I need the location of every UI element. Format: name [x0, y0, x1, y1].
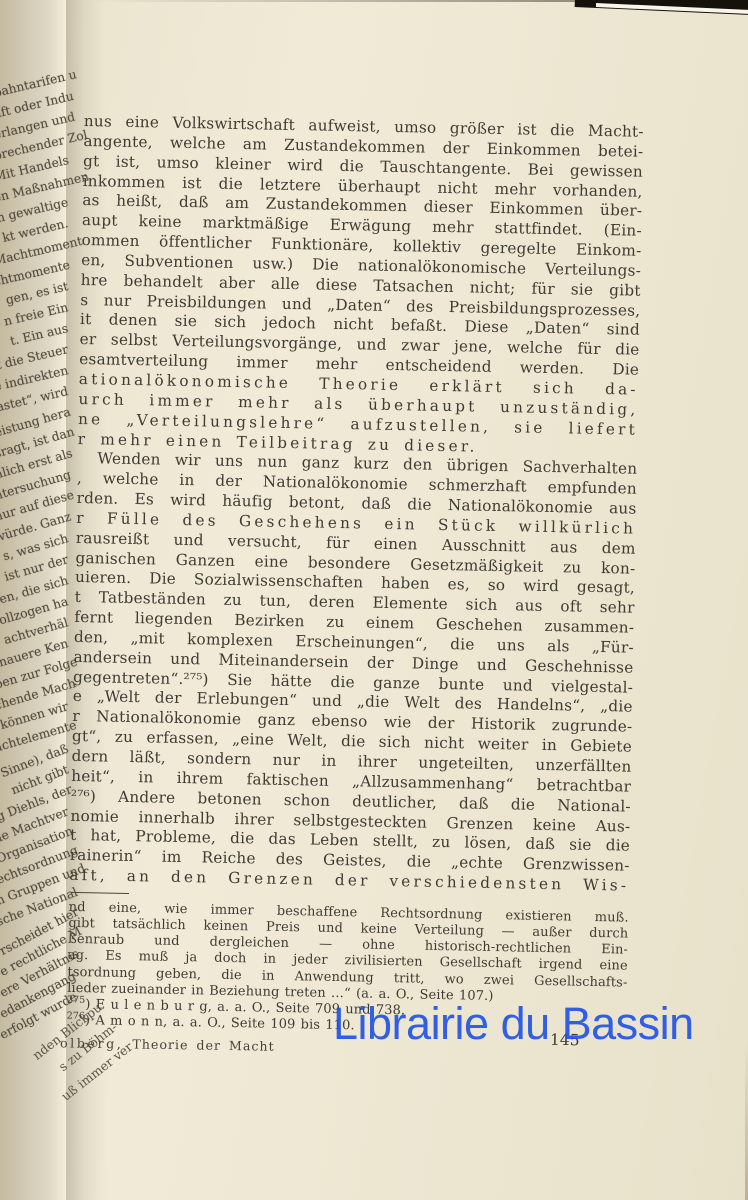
- photo-top-edge-line: [90, 0, 590, 2]
- footnote-separator-rule: [71, 892, 129, 894]
- footnote-number: 275: [67, 995, 86, 1006]
- footer-author: olberg,: [60, 1035, 124, 1051]
- book-page-photo: bahntarifen uaft oder Induerlangen undpr…: [0, 0, 748, 1200]
- body-text: nus eine Volkswirtschaft aufweist, umso …: [69, 112, 644, 897]
- footnote-number: 276: [67, 1011, 86, 1022]
- footer-book-title: Theorie der Macht: [132, 1036, 274, 1053]
- adjacent-page-fragments: bahntarifen uaft oder Induerlangen undpr…: [0, 66, 68, 1011]
- page-text-block: nus eine Volkswirtschaft aufweist, umso …: [66, 112, 644, 1040]
- bookseller-watermark: Librairie du Bassin: [333, 998, 694, 1050]
